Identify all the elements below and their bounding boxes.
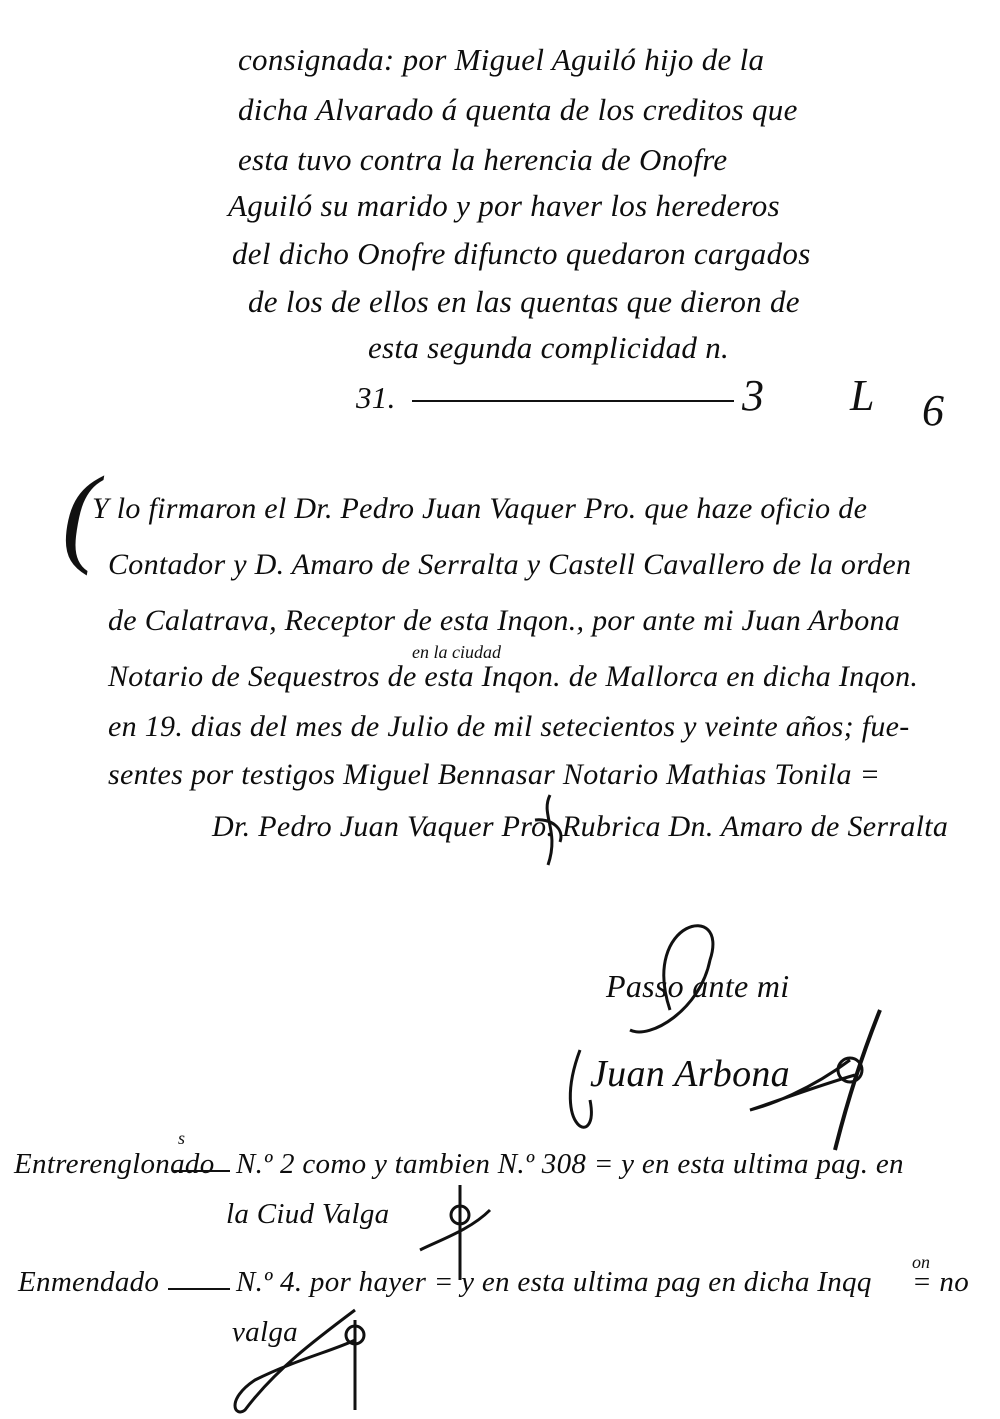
main-line-1: Y lo firmaron el Dr. Pedro Juan Vaquer P… <box>92 492 867 526</box>
signature-line: Dr. Pedro Juan Vaquer Pro. Rubrica Dn. A… <box>212 810 948 844</box>
note-2-text: N.º 4. por hayer = y en esta ultima pag … <box>236 1266 872 1299</box>
amount-mark-3: 6 <box>922 385 944 436</box>
top-line-6: de los de ellos en las quentas que diero… <box>248 284 800 320</box>
notary-rubrica-icon <box>560 900 900 1160</box>
note-2-dash <box>168 1288 230 1290</box>
main-line-2: Contador y D. Amaro de Serralta y Castel… <box>108 548 911 582</box>
amount-leader-line <box>412 400 734 402</box>
main-line-6: sentes por testigos Miguel Bennasar Nota… <box>108 758 880 792</box>
main-line-5: en 19. dias del mes de Julio de mil sete… <box>108 710 910 744</box>
note-1-text: N.º 2 como y tambien N.º 308 = y en esta… <box>236 1148 904 1181</box>
manuscript-page: consignada: por Miguel Aguiló hijo de la… <box>0 0 1000 1419</box>
amount-mark-1: 3 <box>742 370 764 421</box>
folio-number: 31. <box>356 380 396 416</box>
note-1-dash <box>172 1170 230 1172</box>
main-line-3: de Calatrava, Receptor de esta Inqon., p… <box>108 604 900 638</box>
top-line-7: esta segunda complicidad n. <box>368 330 729 366</box>
amount-mark-2: L <box>850 370 874 421</box>
note-1-sup: s <box>178 1128 185 1149</box>
top-line-4-text: Aguiló su marido y por haver los hereder… <box>228 188 780 223</box>
note-1-continuation: la Ciud Valga <box>226 1198 389 1231</box>
top-line-3: esta tuvo contra la herencia de Onofre <box>238 142 728 178</box>
note-1-label: Entrerenglonado <box>14 1148 215 1181</box>
top-line-5: del dicho Onofre difuncto quedaron carga… <box>232 236 811 272</box>
note-2-rubrica-icon <box>215 1300 385 1419</box>
main-line-4: Notario de Sequestros de esta Inqon. de … <box>108 660 918 694</box>
top-line-1: consignada: por Miguel Aguiló hijo de la <box>238 42 764 78</box>
note-2-tail: = no <box>912 1266 969 1299</box>
rubrica-flourish-icon <box>520 790 580 870</box>
top-line-4: Aguiló su marido y por haver los hereder… <box>228 188 780 224</box>
note-2-label: Enmendado <box>18 1266 159 1299</box>
top-line-2: dicha Alvarado á quenta de los creditos … <box>238 92 798 128</box>
